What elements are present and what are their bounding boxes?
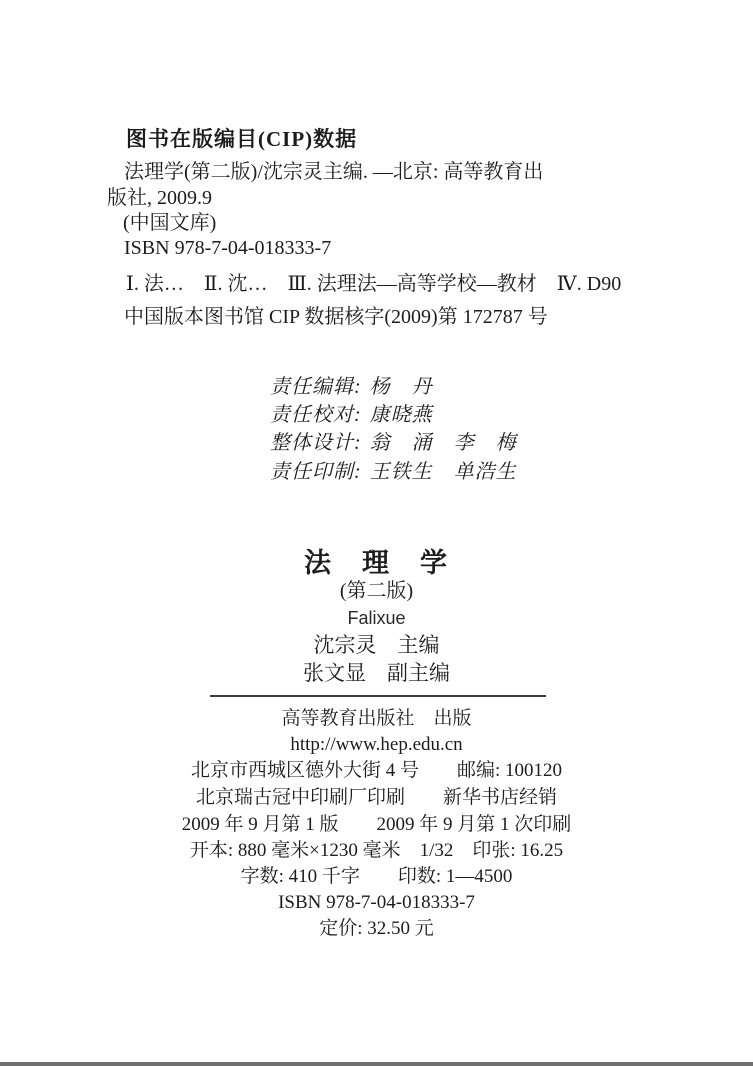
- cip-entry-line2: 版社, 2009.9: [107, 187, 212, 209]
- chief-editor: 沈宗灵 主编: [0, 634, 753, 657]
- staff-role: 责任编辑:: [270, 376, 362, 398]
- staff-role: 整体设计:: [270, 432, 362, 454]
- colophon-edition-printing: 2009 年 9 月第 1 版 2009 年 9 月第 1 次印刷: [0, 815, 753, 836]
- colophon-website: http://www.hep.edu.cn: [0, 735, 753, 756]
- deputy-editor: 张文显 副主编: [0, 662, 753, 685]
- cip-heading: 图书在版编目(CIP)数据: [126, 128, 357, 151]
- staff-name: 康晓燕: [370, 404, 433, 426]
- book-edition: (第二版): [0, 580, 753, 602]
- staff-role: 责任校对:: [270, 404, 362, 426]
- colophon-format: 开本: 880 毫米×1230 毫米 1/32 印张: 16.25: [0, 841, 753, 862]
- cip-isbn: ISBN 978-7-04-018333-7: [124, 237, 331, 259]
- staff-role: 责任印制:: [270, 461, 362, 483]
- staff-name: 王铁生 单浩生: [370, 461, 517, 483]
- colophon-printer: 北京瑞古冠中印刷厂印刷 新华书店经销: [0, 788, 753, 809]
- colophon-price: 定价: 32.50 元: [0, 919, 753, 940]
- cip-registry-number: 中国版本图书馆 CIP 数据核字(2009)第 172787 号: [124, 306, 548, 328]
- staff-name: 翁 涌 李 梅: [370, 432, 517, 454]
- book-title: 法 理 学: [0, 549, 753, 579]
- horizontal-divider: [210, 695, 546, 697]
- staff-line-printing: 责任印制:王铁生 单浩生: [270, 461, 517, 483]
- colophon-publisher: 高等教育出版社 出版: [0, 709, 753, 730]
- staff-line-editor: 责任编辑:杨 丹: [270, 376, 433, 398]
- cip-classification: Ⅰ. 法… Ⅱ. 沈… Ⅲ. 法理法—高等学校—教材 Ⅳ. D90: [126, 273, 621, 295]
- staff-name: 杨 丹: [370, 376, 433, 398]
- cip-series: (中国文库): [123, 212, 216, 234]
- colophon-wordcount: 字数: 410 千字 印数: 1—4500: [0, 867, 753, 888]
- staff-line-proofreader: 责任校对:康晓燕: [270, 404, 433, 426]
- staff-line-designer: 整体设计:翁 涌 李 梅: [270, 432, 517, 454]
- colophon-isbn: ISBN 978-7-04-018333-7: [0, 893, 753, 914]
- scan-edge-strip: [0, 1062, 753, 1066]
- colophon-address: 北京市西城区德外大街 4 号 邮编: 100120: [0, 761, 753, 782]
- cip-entry-line1: 法理学(第二版)/沈宗灵主编. —北京: 高等教育出: [124, 161, 543, 183]
- book-copyright-page: 图书在版编目(CIP)数据 法理学(第二版)/沈宗灵主编. —北京: 高等教育出…: [0, 0, 753, 1066]
- book-pinyin: Falixue: [0, 609, 753, 629]
